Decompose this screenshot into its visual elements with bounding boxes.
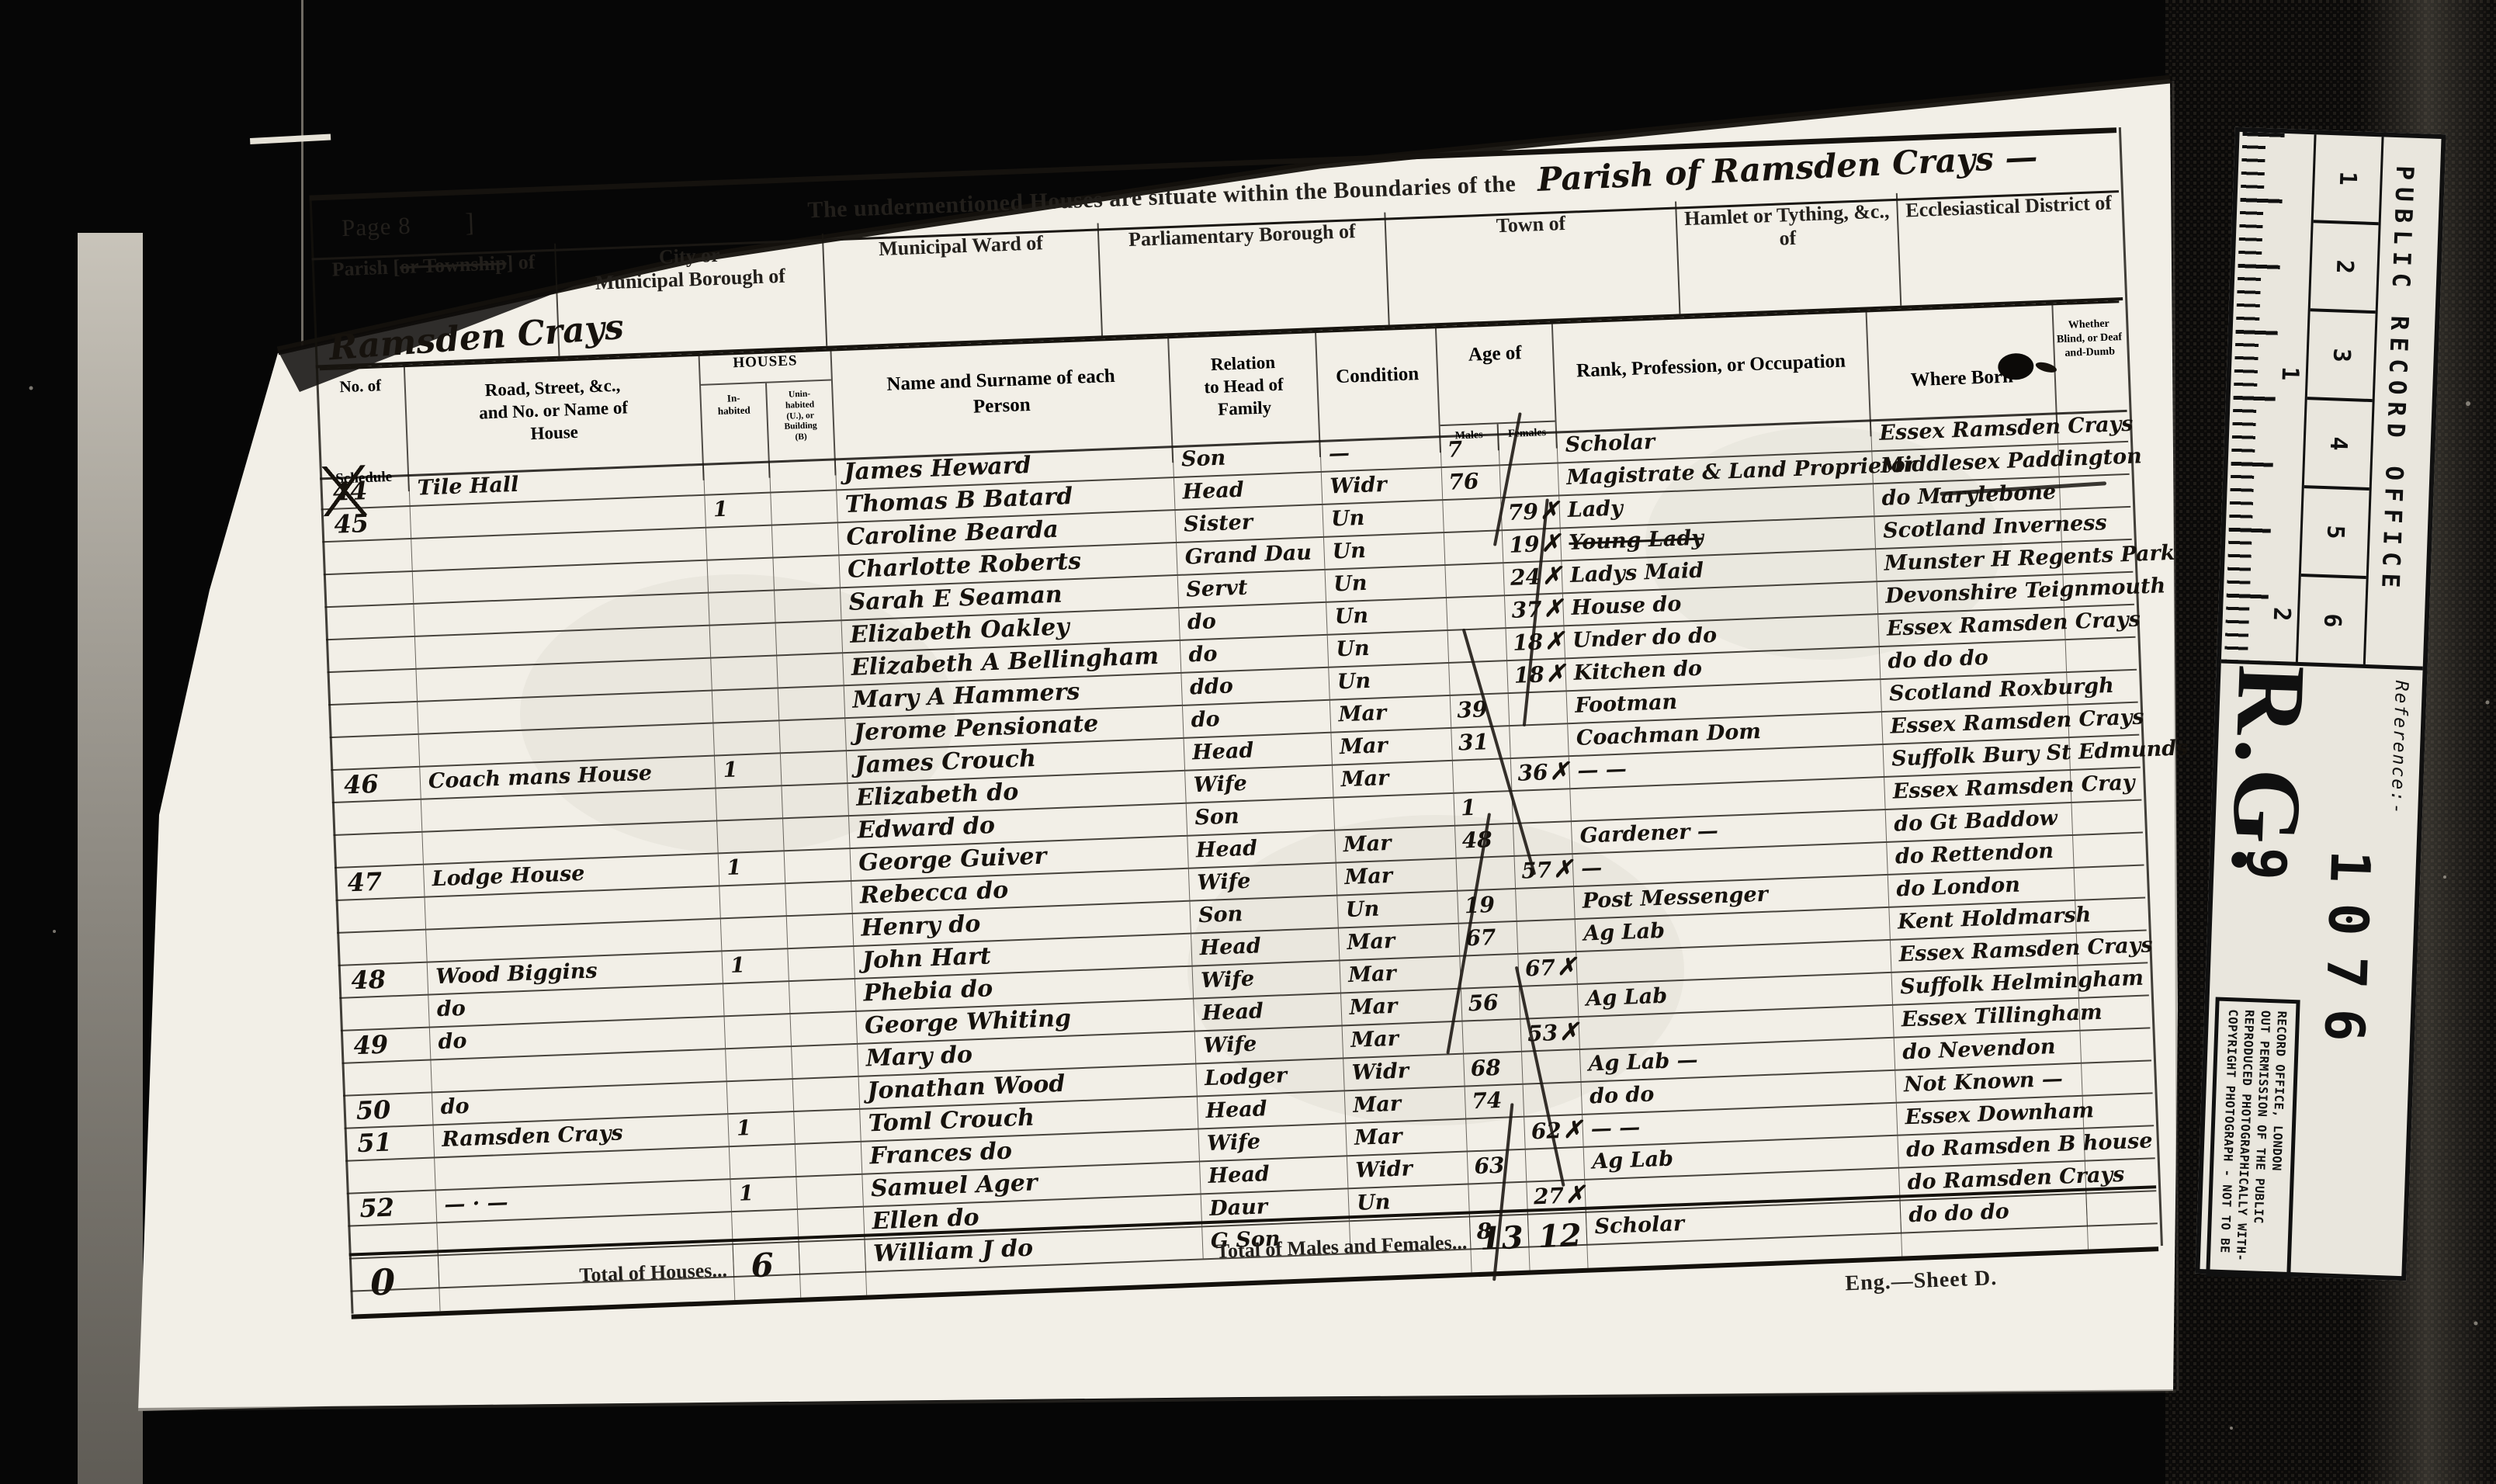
pro-ruler-card: 1 2 123456 PUBLIC RECORD OFFICE R.G. Ref… (2195, 127, 2446, 1281)
cell-schedule (337, 931, 427, 965)
cell-inhabited (725, 1014, 792, 1048)
headline-handwritten: Parish of Ramsden Crays — (1537, 137, 2039, 199)
cell-age-female (1522, 1050, 1581, 1084)
tally-mark: ✗ (1539, 497, 1559, 525)
cell-blind (2079, 996, 2150, 1029)
ruler-cell: 6 (2298, 577, 2366, 664)
cell-born: do Marylebone (1874, 477, 2061, 515)
cell-age-male (1445, 563, 1504, 597)
tally-mark: ✗ (1556, 953, 1576, 981)
margin-mark: 0 (349, 1253, 441, 1314)
cell-uninhabited (773, 556, 840, 589)
page-number-label: Page 8 (341, 212, 411, 242)
cell-blind (2057, 410, 2128, 443)
cell-age-male (1443, 498, 1502, 532)
cell-condition: Un (1326, 598, 1447, 634)
cell-age-male: 74 (1465, 1085, 1524, 1118)
cell-age-male (1462, 1020, 1521, 1053)
ruler-inch-number: 1 (2276, 366, 2304, 381)
cell-uninhabited (781, 751, 848, 785)
cell-born: do Rettendon (1887, 836, 2074, 874)
cell-condition: Mar (1341, 990, 1462, 1025)
cell-condition: Mar (1335, 827, 1456, 862)
cell-uninhabited (785, 849, 851, 882)
cell-uninhabited (787, 914, 854, 948)
cell-condition: Mar (1339, 924, 1460, 960)
rg-section: R.G. Reference:- (2215, 663, 2423, 852)
cell-inhabited (710, 623, 777, 657)
cell-condition: Un (1337, 892, 1458, 928)
totals-spacer (799, 1237, 867, 1298)
tally-mark: ✗ (1553, 855, 1573, 883)
tally-mark: ✗ (1549, 758, 1569, 785)
cell-relation: Head (1184, 733, 1333, 770)
cell-relation: Son (1173, 440, 1321, 477)
rg-label: R.G. (2217, 664, 2320, 849)
tally-mark: ✗ (1541, 562, 1562, 590)
cell-uninhabited (772, 523, 839, 556)
cell-relation: Wife (1198, 1124, 1347, 1160)
ruler-cell: 2 (2311, 223, 2379, 314)
cell-inhabited (723, 982, 790, 1015)
page-bracket: ] (465, 209, 475, 238)
tally-mark: ✗ (1544, 627, 1565, 655)
cell-inhabited (709, 591, 775, 624)
tally-mark: ✗ (1565, 1181, 1585, 1209)
cell-uninhabited (777, 654, 844, 687)
district-box-label: Hamlet or Tything, &c., of (1676, 199, 1898, 254)
district-box: Parliamentary Borough of (1099, 213, 1390, 336)
cell-age-female: 24✗ (1503, 561, 1562, 595)
cell-condition: Mar (1331, 729, 1452, 765)
cell-schedule (330, 735, 420, 769)
district-box-label: Ecclesiastical District of (1898, 191, 2120, 223)
cell-age-male: 7 (1440, 433, 1499, 466)
tally-mark: ✗ (1558, 1018, 1579, 1046)
cell-relation: Son (1190, 896, 1338, 933)
cell-age-female (1509, 692, 1568, 725)
cell-blind (2071, 768, 2141, 802)
cell-age-male (1457, 857, 1516, 890)
cell-age-female (1510, 724, 1569, 758)
cell-blind (2081, 1028, 2151, 1062)
cell-uninhabited (792, 1045, 858, 1078)
cell-born: do London (1888, 869, 2075, 907)
ruler-cell: 5 (2301, 488, 2369, 579)
cell-relation: Sister (1176, 505, 1324, 542)
cell-relation: Wife (1193, 961, 1341, 997)
cell-schedule (332, 800, 422, 834)
cell-condition: Widr (1347, 1152, 1468, 1188)
cell-condition: Widr (1322, 468, 1443, 504)
cell-age-male: 56 (1461, 987, 1520, 1021)
cell-born: Middlesex Paddington (1872, 445, 2059, 483)
cell-schedule (324, 572, 414, 606)
cell-age-male: 31 (1451, 726, 1510, 760)
cell-age-female: 36✗ (1511, 757, 1570, 790)
public-record-office-label: PUBLIC RECORD OFFICE (2376, 165, 2418, 595)
cell-inhabited (708, 558, 775, 591)
ruler-cell: 1 (2314, 134, 2382, 225)
cell-born: Essex Ramsden Crays (1878, 608, 2065, 646)
cell-blind (2083, 1094, 2154, 1127)
cell-age-male (1448, 629, 1507, 662)
tally-mark: ✗ (1562, 1116, 1583, 1144)
cell-born: Suffolk Bury St Edmunds (1883, 738, 2070, 776)
cell-uninhabited (771, 491, 837, 524)
cell-condition: Mar (1330, 696, 1451, 732)
ruler-scale: 1 2 123456 PUBLIC RECORD OFFICE (2221, 132, 2442, 671)
cell-condition: Mar (1333, 761, 1454, 797)
cell-schedule: 50 (343, 1093, 433, 1127)
total-houses-value: 6 (733, 1240, 801, 1300)
cell-uninhabited (789, 980, 856, 1013)
cell-uninhabited (794, 1110, 861, 1143)
cell-relation: do (1183, 701, 1331, 737)
cell-inhabited (713, 721, 780, 754)
cell-born: Not Known — (1895, 1064, 2082, 1102)
cell-relation: Wife (1185, 766, 1333, 803)
cell-schedule: 52 (347, 1191, 437, 1225)
cell-inhabited: 1 (715, 754, 782, 787)
cell-inhabited (704, 461, 771, 494)
cell-born: Scotland Roxburgh (1881, 673, 2068, 711)
cell-condition: — (1320, 435, 1441, 471)
cell-blind (2082, 1061, 2152, 1094)
district-box-label: Parish [or Township] of (312, 250, 556, 283)
ink-blot-tail (2034, 360, 2057, 374)
cell-condition: Mar (1346, 1120, 1467, 1156)
cell-blind (2075, 866, 2145, 900)
total-houses-label: Total of Houses... (439, 1242, 736, 1311)
cell-uninhabited (770, 458, 837, 491)
cell-blind (2068, 703, 2139, 737)
cell-blind (2073, 834, 2144, 867)
cell-condition: Un (1323, 501, 1444, 536)
tally-mark: ✗ (1545, 660, 1565, 688)
cell-inhabited (711, 656, 778, 689)
cell-inhabited: 1 (728, 1112, 795, 1146)
cell-age-female: 67✗ (1518, 952, 1577, 986)
cell-inhabited (712, 688, 779, 722)
cell-blind (2062, 540, 2133, 574)
cell-age-female (1520, 985, 1579, 1018)
cell-condition: Un (1329, 664, 1450, 699)
cell-inhabited (726, 1047, 792, 1080)
ruler-inch-number: 2 (2268, 607, 2296, 622)
cell-age-female: 18✗ (1507, 659, 1566, 692)
cell-blind (2084, 1126, 2155, 1160)
cell-relation: Head (1200, 1156, 1348, 1193)
copyright-notice: COPYRIGHT PHOTOGRAPH - NOT TO BEREPRODUC… (2206, 997, 2300, 1280)
cell-schedule (324, 605, 414, 639)
sheet-footer: Eng.—Sheet D. (1845, 1266, 1998, 1296)
cell-relation: Head (1194, 993, 1342, 1030)
cell-blind (2077, 931, 2148, 964)
cell-born: Essex Ramsden Crays (1882, 706, 2069, 744)
cell-uninhabited (778, 686, 845, 719)
cell-age-female: 57✗ (1515, 855, 1574, 888)
cell-condition: Un (1324, 533, 1445, 569)
cell-uninhabited (779, 719, 846, 752)
cell-relation: Servt (1178, 570, 1326, 607)
cell-uninhabited (782, 784, 848, 817)
cell-age-female (1517, 920, 1576, 953)
reference-label: Reference:- (2385, 669, 2411, 852)
cell-schedule: 44 (320, 474, 410, 508)
cell-age-female (1516, 887, 1575, 921)
cell-uninhabited (783, 817, 850, 850)
cell-relation: Wife (1195, 1026, 1343, 1063)
cell-born: do Nevendon (1895, 1032, 2082, 1070)
district-box-label: Town of (1386, 208, 1676, 242)
cell-condition: Mar (1336, 859, 1458, 895)
cell-age-female (1524, 1083, 1583, 1116)
cell-age-female: 79✗ (1501, 496, 1560, 529)
cell-blind (2075, 898, 2146, 931)
cell-age-male: 1 (1454, 792, 1513, 825)
tally-mark: ✗ (1543, 595, 1563, 622)
cell-born: Devonshire Teignmouth (1877, 575, 2064, 613)
cell-born: Scotland Inverness (1874, 510, 2061, 548)
cell-uninhabited (796, 1175, 863, 1208)
total-females-value: 12 (1528, 1210, 1589, 1271)
cell-blind (2060, 475, 2130, 508)
cell-age-male: 19 (1458, 889, 1517, 923)
cell-blind (2061, 508, 2131, 541)
cell-age-female (1499, 432, 1558, 465)
ink-blot (1998, 352, 2034, 380)
cell-blind (2071, 801, 2142, 834)
cell-relation: do (1179, 603, 1327, 640)
cell-schedule (342, 1060, 432, 1094)
cell-age-female (1512, 789, 1571, 823)
cell-relation: Head (1191, 929, 1340, 966)
cell-relation: do (1180, 636, 1329, 672)
cell-blind (2067, 671, 2137, 704)
cell-condition: Mar (1345, 1087, 1466, 1123)
ruler-cell: 4 (2304, 400, 2373, 491)
cell-schedule: 45 (321, 507, 411, 541)
cell-age-female: 19✗ (1503, 529, 1562, 562)
district-box-label: Parliamentary Borough of (1099, 219, 1385, 253)
cell-blind (2058, 442, 2129, 476)
cell-schedule (328, 702, 418, 737)
cell-uninhabited (775, 588, 841, 622)
cell-condition: Mar (1340, 957, 1461, 993)
district-box: Town of (1385, 202, 1680, 325)
cell-inhabited: 1 (719, 851, 785, 885)
cell-condition: Un (1328, 631, 1449, 667)
cell-schedule (333, 833, 423, 867)
cell-inhabited (719, 884, 786, 917)
cell-schedule (345, 1158, 435, 1192)
cell-schedule: 47 (335, 865, 425, 900)
cell-uninhabited (776, 621, 843, 654)
district-box: City or Municipal Borough of (556, 234, 827, 356)
cell-age-male: 68 (1464, 1052, 1523, 1086)
totals-spacer (1900, 1191, 2089, 1257)
cell-born: do Gt Baddow (1886, 803, 2073, 841)
cell-schedule (336, 898, 426, 932)
cell-schedule (326, 637, 416, 671)
cell-schedule: 49 (341, 1028, 431, 1063)
cell-born: do Ramsden B house (1898, 1129, 2085, 1167)
cell-uninhabited (788, 947, 855, 980)
cell-schedule (322, 539, 412, 574)
cell-uninhabited (796, 1142, 862, 1176)
cell-born: Essex Downham (1897, 1097, 2084, 1135)
cell-inhabited: 1 (730, 1177, 797, 1211)
ruler-cell: 3 (2307, 311, 2376, 402)
census-film-frame: Page 8 ] The undermentioned Houses are s… (0, 0, 2496, 1484)
cell-inhabited (721, 917, 788, 950)
cell-relation: ddo (1181, 668, 1329, 705)
entry-rows: 44Tile HallJames HewardSon—7ScholarEssex… (320, 410, 2158, 1292)
cell-inhabited (706, 526, 773, 560)
cell-inhabited (717, 819, 784, 852)
cell-born: do do do (1880, 640, 2067, 678)
cell-born: Essex Ramsden Crays (1891, 934, 2078, 972)
piece-number: 1076 (2314, 849, 2382, 995)
district-box: Hamlet or Tything, &c., of (1676, 193, 1901, 314)
cell-schedule: 46 (331, 768, 421, 802)
cell-schedule (339, 996, 429, 1030)
cell-uninhabited (785, 882, 852, 915)
cell-age-male (1460, 955, 1519, 988)
cell-inhabited: 1 (705, 494, 771, 527)
cell-schedule (328, 670, 418, 704)
cell-relation: Lodger (1196, 1059, 1344, 1095)
totals-spacer (2086, 1188, 2158, 1249)
district-box: Parish [or Township] ofRamsden Crays (311, 244, 560, 366)
cell-condition (1334, 794, 1455, 830)
cell-inhabited: 1 (722, 949, 789, 983)
census-sheet: Page 8 ] The undermentioned Houses are s… (227, 99, 2200, 1484)
cell-age-male: 39 (1451, 694, 1510, 727)
cell-schedule: 48 (338, 963, 428, 997)
cell-relation: Head (1198, 1091, 1346, 1128)
cell-born: Kent Holdmarsh (1889, 901, 2076, 939)
district-box-label: City or Municipal Borough of (556, 240, 823, 296)
totals-spacer (1586, 1198, 1903, 1268)
cell-relation: Wife (1189, 864, 1337, 900)
cell-inhabited (716, 786, 783, 820)
cell-condition: Un (1326, 566, 1447, 602)
cell-relation: Head (1174, 473, 1323, 509)
cell-relation: Son (1187, 799, 1335, 835)
cell-blind (2078, 963, 2148, 997)
cell-relation: Grand Dau (1177, 538, 1325, 574)
cell-born: Essex Tillingham (1893, 999, 2080, 1037)
cell-born: Munster H Regents Park (1876, 543, 2063, 581)
cell-age-male: 76 (1442, 466, 1501, 499)
district-box: Municipal Ward of (823, 223, 1103, 345)
cell-blind (2064, 605, 2135, 639)
cell-born: Suffolk Helmingham (1892, 966, 2079, 1004)
cell-inhabited (727, 1080, 794, 1113)
cell-born: Essex Ramsden Cray (1884, 771, 2071, 809)
district-box: Ecclesiastical District of (1898, 185, 2123, 306)
cell-born: Essex Ramsden Crays (1871, 412, 2058, 450)
ruler-number-cells: 123456 (2296, 134, 2384, 664)
cell-blind (2063, 573, 2134, 606)
cell-age-male (1447, 596, 1506, 629)
cell-age-female: 18✗ (1506, 626, 1565, 660)
district-box-label: Municipal Ward of (823, 230, 1098, 263)
cell-blind (2069, 736, 2140, 769)
cell-age-male (1466, 1118, 1525, 1151)
cell-age-male: 63 (1468, 1150, 1527, 1184)
cell-uninhabited (791, 1012, 858, 1045)
cell-uninhabited (793, 1077, 860, 1111)
cell-relation: Head (1187, 831, 1336, 868)
cell-blind (2066, 638, 2137, 671)
cell-condition: Widr (1343, 1055, 1465, 1090)
cell-inhabited (730, 1145, 796, 1178)
cell-schedule: 51 (345, 1125, 435, 1160)
